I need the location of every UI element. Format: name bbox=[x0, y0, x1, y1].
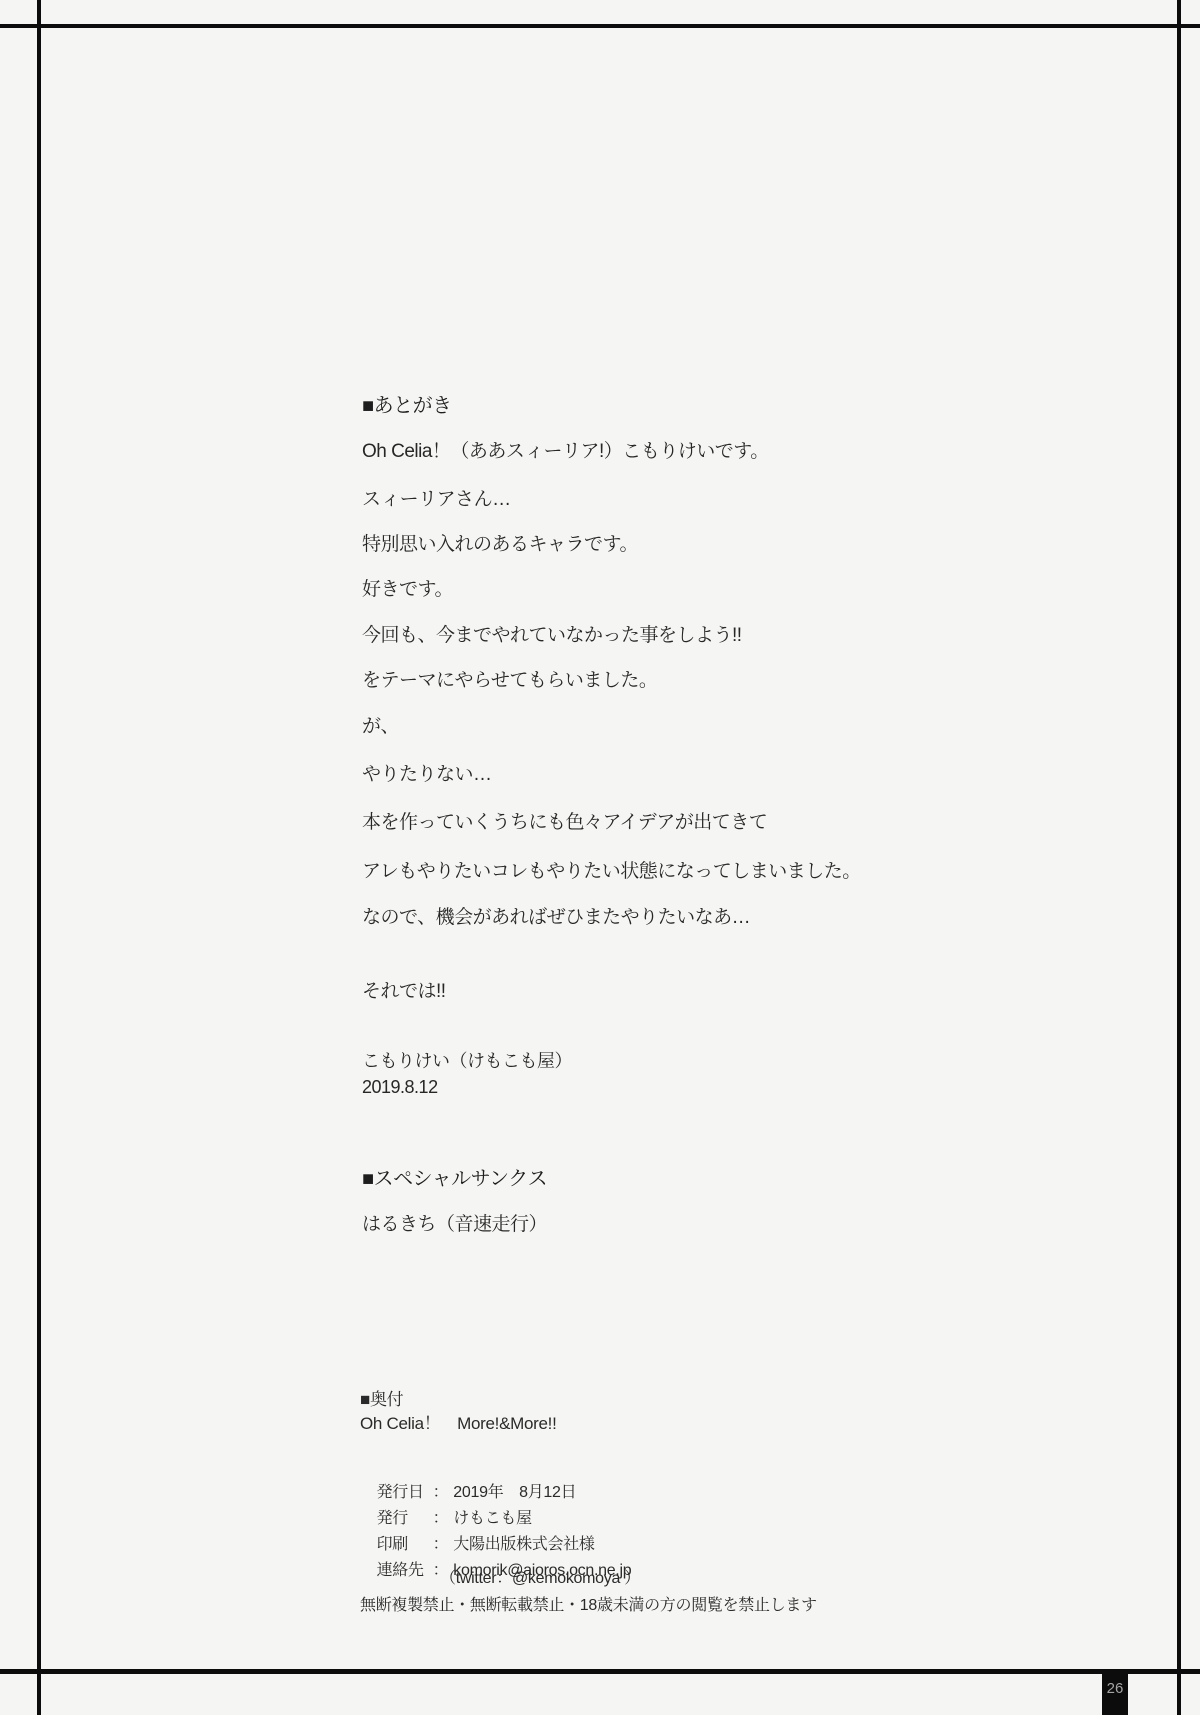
scanned-page: ■あとがき Oh Celia！（ああスィーリア!）こもりけいです。 スィーリアさ… bbox=[0, 0, 1200, 1715]
afterword-line: 特別思い入れのあるキャラです。 bbox=[362, 534, 638, 556]
page-number: 26 bbox=[1107, 1680, 1124, 1697]
afterword-line: アレもやりたいコレもやりたい状態になってしまいました。 bbox=[362, 861, 861, 883]
colophon-notice: 無断複製禁止・無断転載禁止・18歳未満の方の閲覧を禁止します bbox=[360, 1597, 817, 1615]
afterword-line: スィーリアさん… bbox=[362, 489, 511, 511]
special-thanks-heading: ■スペシャルサンクス bbox=[362, 1168, 547, 1191]
colophon-title: Oh Celia！ More!&More!! bbox=[360, 1414, 557, 1434]
afterword-line: Oh Celia！（ああスィーリア!）こもりけいです。 bbox=[362, 441, 769, 463]
colophon-label: 連絡先 bbox=[377, 1562, 433, 1580]
afterword-closing: それでは!! bbox=[362, 981, 446, 1003]
afterword-date: 2019.8.12 bbox=[362, 1077, 438, 1098]
frame-line-top bbox=[0, 24, 1200, 28]
colophon-heading: ■奥付 bbox=[360, 1390, 403, 1410]
afterword-line: やりたりない… bbox=[362, 764, 492, 786]
colophon-twitter: （twitter：@kemokomoya ） bbox=[440, 1570, 640, 1588]
frame-line-bottom bbox=[0, 1669, 1200, 1674]
afterword-line: 今回も、今までやれていなかった事をしよう!! bbox=[362, 625, 742, 647]
special-thanks-name: はるきち（音速走行） bbox=[362, 1214, 547, 1236]
afterword-heading: ■あとがき bbox=[362, 395, 452, 418]
afterword-line: をテーマにやらせてもらいました。 bbox=[362, 670, 657, 692]
afterword-line: なので、機会があればぜひまたやりたいなあ… bbox=[362, 907, 750, 929]
frame-line-right bbox=[1177, 0, 1181, 1715]
author-signature: こもりけい（けもこも屋） bbox=[362, 1051, 572, 1072]
frame-line-left bbox=[37, 0, 41, 1715]
afterword-line: が、 bbox=[362, 716, 399, 738]
afterword-line: 本を作っていくうちにも色々アイデアが出てきて bbox=[362, 812, 767, 834]
page-number-box: 26 bbox=[1102, 1669, 1128, 1715]
afterword-line: 好きです。 bbox=[362, 579, 453, 601]
